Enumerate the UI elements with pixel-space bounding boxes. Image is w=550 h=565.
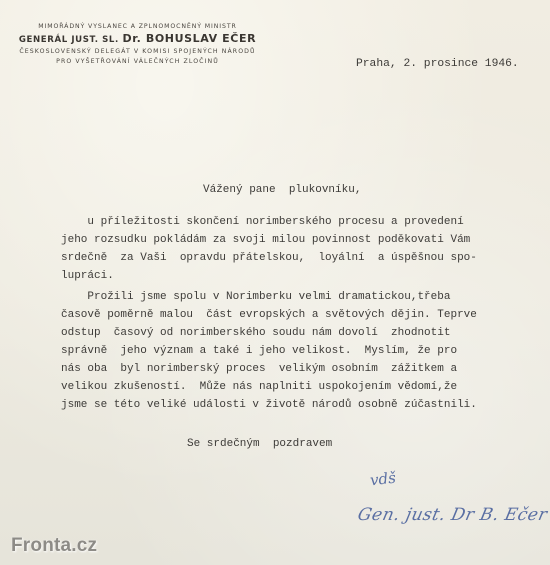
letter-date: Praha, 2. prosince 1946.	[356, 58, 519, 70]
body-line: Prožili jsme spolu v Norimberku velmi dr…	[61, 291, 450, 303]
letterhead: MIMOŘÁDNÝ VYSLANEC A ZPLNOMOCNĚNÝ MINIST…	[15, 22, 260, 67]
body-line: časově poměrně malou část evropských a s…	[61, 309, 477, 321]
letterhead-role: ČESKOSLOVENSKÝ DELEGÁT V KOMISI SPOJENÝC…	[15, 47, 260, 57]
body-line: nás oba byl norimberský proces velikým o…	[61, 363, 457, 375]
salutation: Vážený pane plukovníku,	[203, 184, 361, 196]
closing: Se srdečným pozdravem	[187, 438, 332, 450]
letterhead-fullname: Dr. BOHUSLAV EČER	[122, 32, 256, 45]
letterhead-commission: PRO VYŠETŘOVÁNÍ VÁLEČNÝCH ZLOČINŮ	[15, 57, 260, 67]
letterhead-name: GENERÁL JUST. SL. Dr. BOHUSLAV EČER	[15, 32, 260, 47]
watermark-logo: Fronta.cz	[11, 535, 97, 557]
body-line: lupráci.	[61, 270, 114, 282]
signature-note: vdš	[369, 469, 397, 490]
letterhead-title: MIMOŘÁDNÝ VYSLANEC A ZPLNOMOCNĚNÝ MINIST…	[15, 22, 260, 32]
body-line: odstup časový od norimberského soudu nám…	[61, 327, 450, 339]
letterhead-rank: GENERÁL JUST. SL.	[19, 35, 119, 45]
body-line: velikou zkušeností. Může nás naplniti us…	[61, 381, 457, 393]
body-line: srdečně za Vaši opravdu přátelskou, loyá…	[61, 252, 477, 264]
body-line: u příležitosti skončení norimberského pr…	[61, 216, 464, 228]
body-line: správně jeho význam a také i jeho veliko…	[61, 345, 457, 357]
signature: Gen. just. Dr B. Ečer	[356, 505, 549, 525]
body-line: jsme se této veliké události v životě ná…	[61, 399, 477, 411]
body-line: jeho rozsudku pokládám za svoji milou po…	[61, 234, 470, 246]
